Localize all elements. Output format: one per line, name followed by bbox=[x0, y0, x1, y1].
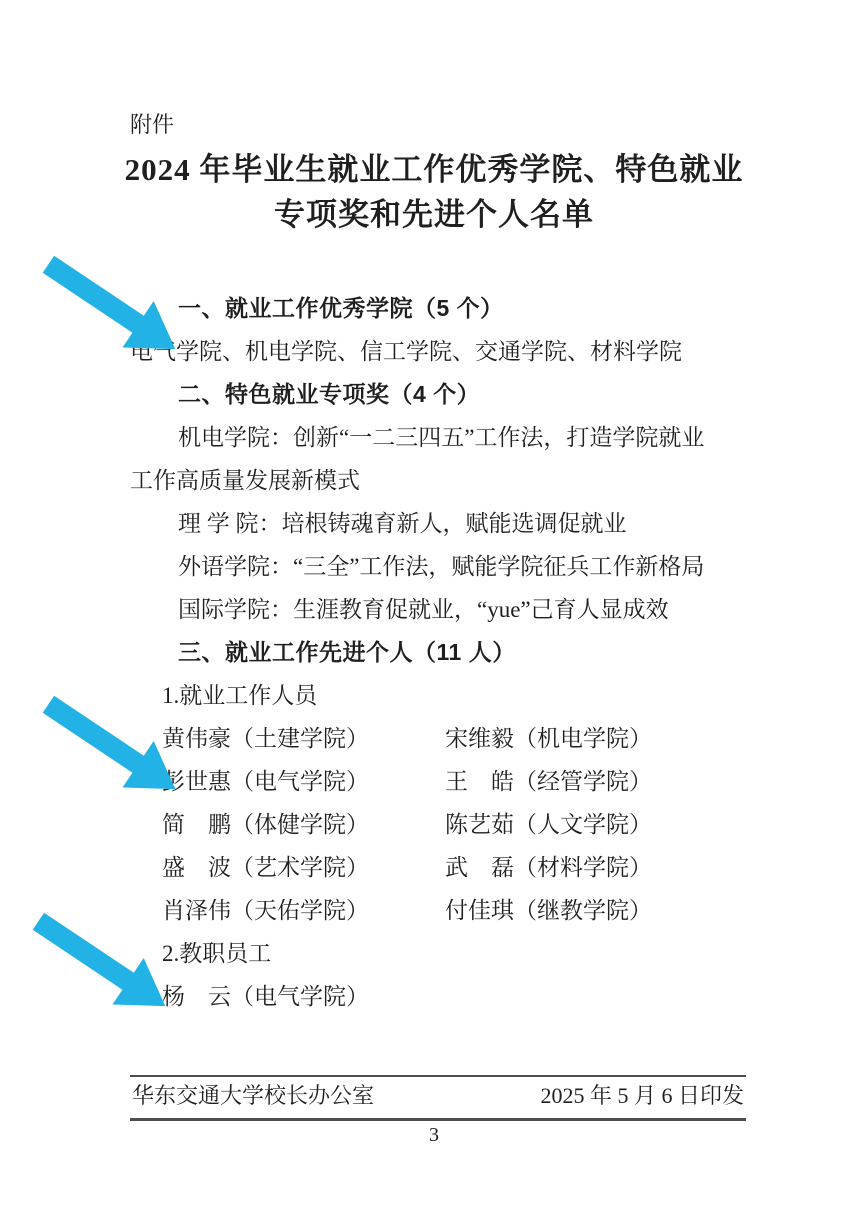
staff-name-left: 盛 波（艺术学院） bbox=[162, 846, 445, 889]
document-title-line2: 专项奖和先进个人名单 bbox=[64, 192, 804, 237]
document-title-line1: 2024 年毕业生就业工作优秀学院、特色就业 bbox=[64, 147, 804, 192]
attachment-label: 附件 bbox=[130, 110, 174, 140]
document-page: 附件 2024 年毕业生就业工作优秀学院、特色就业 专项奖和先进个人名单 一、就… bbox=[0, 0, 868, 1227]
section1-heading: 一、就业工作优秀学院（5 个） bbox=[130, 287, 744, 330]
staff-name-right: 武 磊（材料学院） bbox=[445, 846, 744, 889]
section2-item1-line1: 机电学院：创新“一二三四五”工作法，打造学院就业 bbox=[130, 416, 744, 459]
staff-row: 肖泽伟（天佑学院） 付佳琪（继教学院） bbox=[130, 889, 744, 932]
staff-name-left: 肖泽伟（天佑学院） bbox=[162, 889, 445, 932]
staff-row: 盛 波（艺术学院） 武 磊（材料学院） bbox=[130, 846, 744, 889]
section2-item2: 理 学 院：培根铸魂育新人，赋能选调促就业 bbox=[130, 502, 744, 545]
document-body: 一、就业工作优秀学院（5 个） 电气学院、机电学院、信工学院、交通学院、材料学院… bbox=[130, 287, 744, 1018]
staff-row: 彭世惠（电气学院） 王 皓（经管学院） bbox=[130, 760, 744, 803]
staff-name-right: 王 皓（经管学院） bbox=[445, 760, 744, 803]
staff-name-right: 宋维毅（机电学院） bbox=[445, 717, 744, 760]
staff-single: 杨 云（电气学院） bbox=[130, 975, 744, 1018]
section1-body: 电气学院、机电学院、信工学院、交通学院、材料学院 bbox=[130, 330, 744, 373]
footer-print-date: 2025 年 5 月 6 日印发 bbox=[540, 1082, 744, 1110]
highlight-arrow-icon bbox=[35, 693, 185, 805]
staff-row: 简 鹏（体健学院） 陈艺茹（人文学院） bbox=[130, 803, 744, 846]
section3-subheading1: 1.就业工作人员 bbox=[130, 674, 744, 717]
page-number: 3 bbox=[0, 1124, 868, 1147]
footer-issuing-office: 华东交通大学校长办公室 bbox=[132, 1082, 374, 1110]
section2-heading: 二、特色就业专项奖（4 个） bbox=[130, 373, 744, 416]
document-footer: 华东交通大学校长办公室 2025 年 5 月 6 日印发 bbox=[130, 1075, 746, 1121]
highlight-arrow-icon bbox=[35, 253, 185, 365]
section2-item3: 外语学院：“三全”工作法，赋能学院征兵工作新格局 bbox=[130, 545, 744, 588]
section2-item1-line2: 工作高质量发展新模式 bbox=[130, 459, 744, 502]
highlight-arrow-icon bbox=[25, 910, 175, 1022]
staff-name-left: 简 鹏（体健学院） bbox=[162, 803, 445, 846]
section3-heading: 三、就业工作先进个人（11 人） bbox=[130, 631, 744, 674]
staff-name-right: 陈艺茹（人文学院） bbox=[445, 803, 744, 846]
section2-item4: 国际学院：生涯教育促就业，“yue”己育人显成效 bbox=[130, 588, 744, 631]
staff-name-left: 彭世惠（电气学院） bbox=[162, 760, 445, 803]
document-title: 2024 年毕业生就业工作优秀学院、特色就业 专项奖和先进个人名单 bbox=[64, 147, 804, 237]
section3-subheading2: 2.教职员工 bbox=[130, 932, 744, 975]
staff-name-left: 黄伟豪（土建学院） bbox=[162, 717, 445, 760]
staff-name-right: 付佳琪（继教学院） bbox=[445, 889, 744, 932]
staff-row: 黄伟豪（土建学院） 宋维毅（机电学院） bbox=[130, 717, 744, 760]
